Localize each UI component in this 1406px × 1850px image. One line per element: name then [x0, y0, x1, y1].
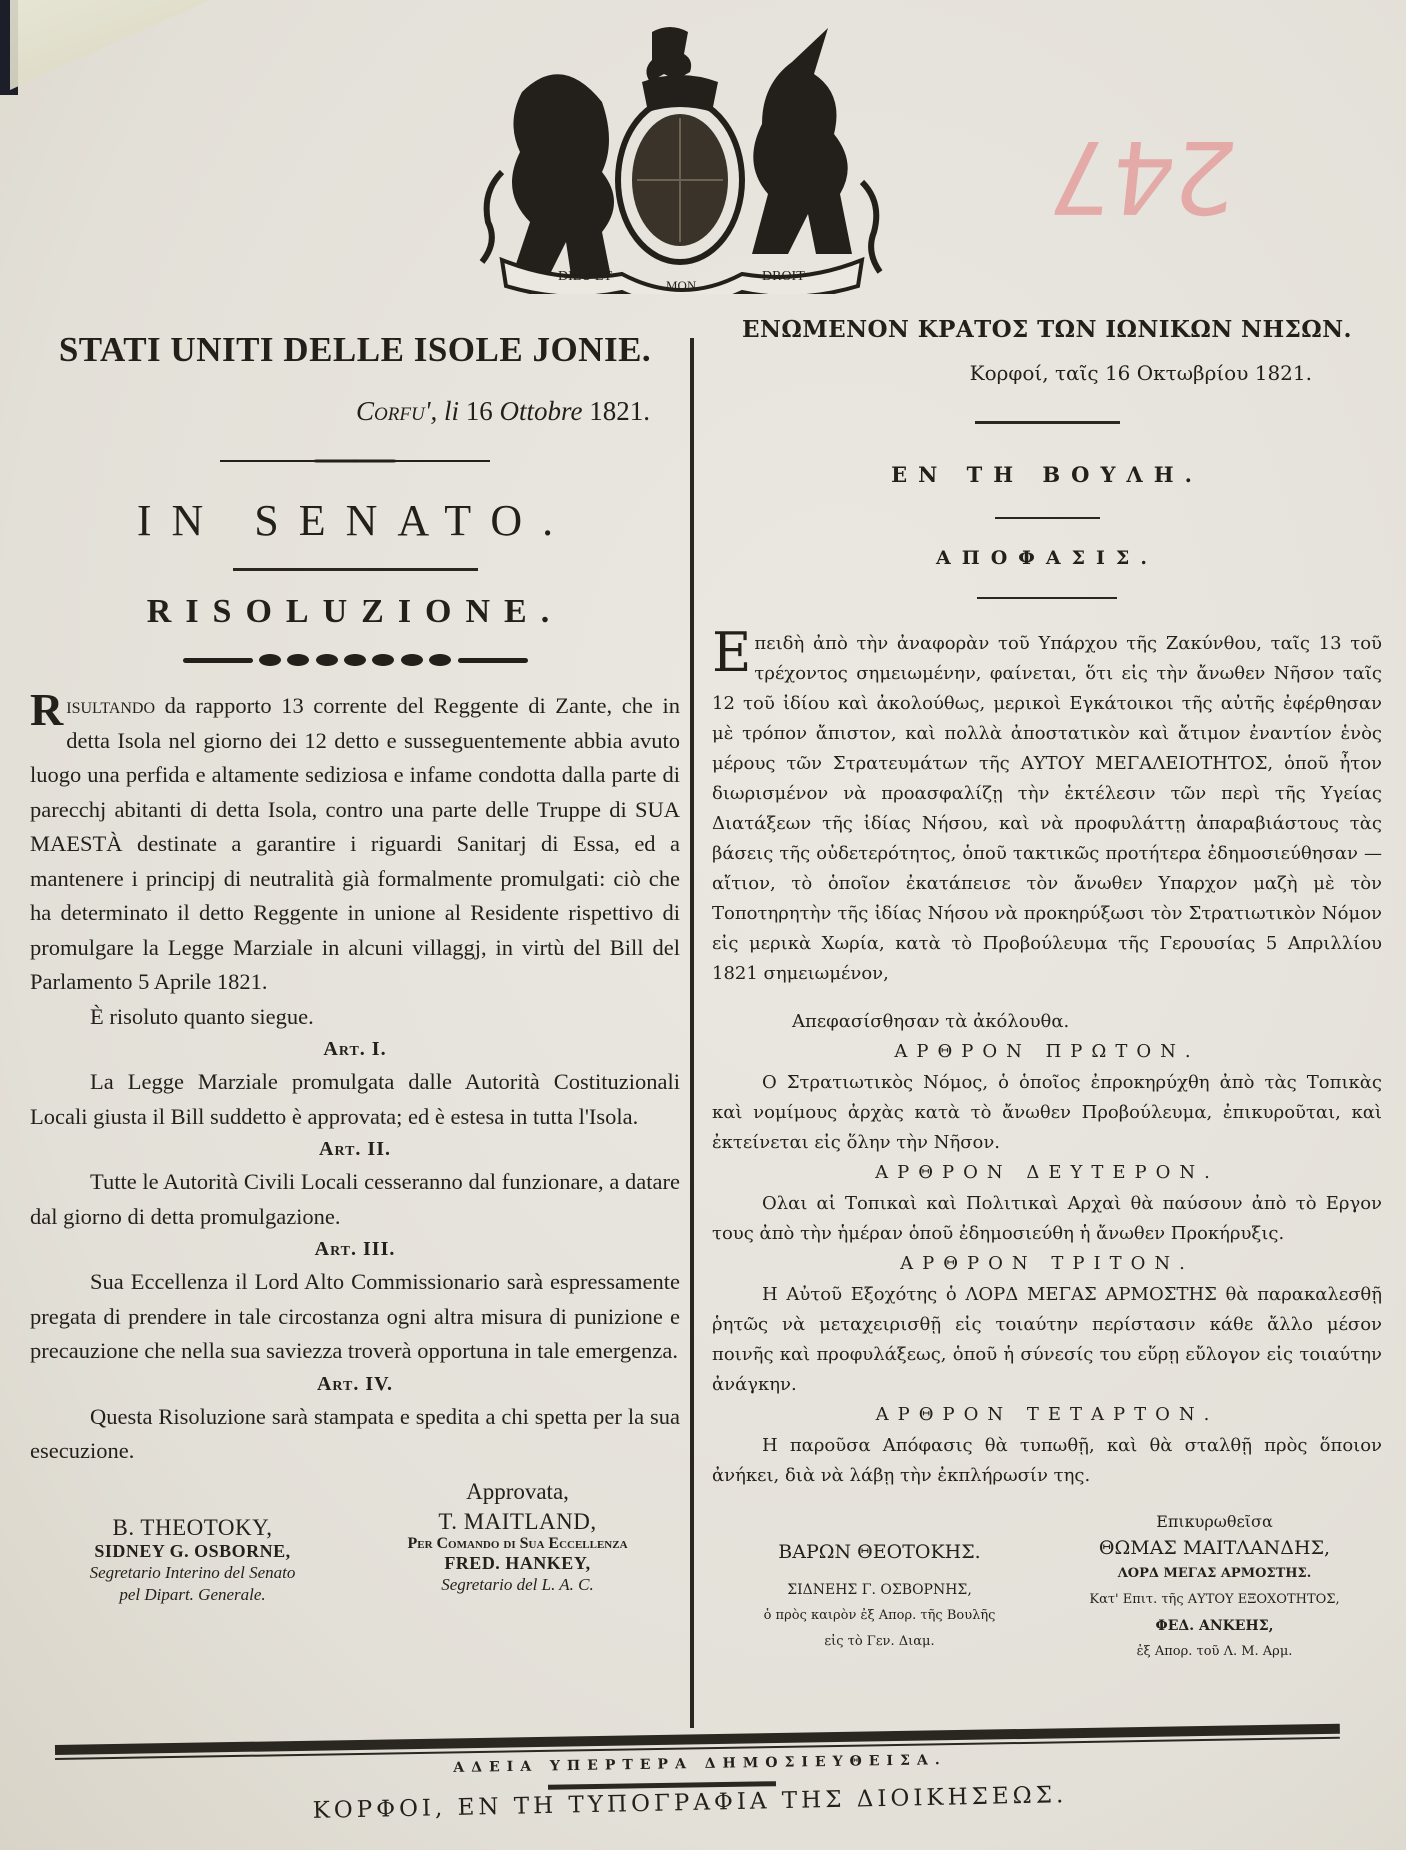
greek-preamble: Επειδὴ ἀπὸ τὴν ἀναφορὰν τοῦ Υπάρχου τῆς … — [712, 629, 1382, 989]
greek-heading: ΕΝ ΤΗ ΒΟΥΛΗ. — [712, 462, 1382, 487]
italian-signatures: B. THEOTOKY, SIDNEY G. OSBORNE, Segretar… — [30, 1473, 680, 1606]
italian-article-4-text: Questa Risoluzione sarà stampata e spedi… — [30, 1400, 680, 1469]
ornamental-divider — [220, 457, 490, 465]
italian-article-1-text: La Legge Marziale promulgata dalle Autor… — [30, 1065, 680, 1134]
italian-signature-commissioner: Approvata, T. MAITLAND, Per Comando di S… — [355, 1473, 680, 1606]
column-divider — [690, 338, 694, 1728]
divider — [233, 568, 478, 571]
royal-coat-of-arms-icon: DIEU ET MON DROIT — [462, 22, 902, 294]
italian-column: STATI UNITI DELLE ISOLE JONIE. Corfu', l… — [30, 330, 680, 1606]
greek-state-title: ΕΝΩΜΕΝΟΝ ΚΡΑΤΟΣ ΤΩΝ ΙΩΝΙΚΩΝ ΝΗΣΩΝ. — [712, 316, 1382, 343]
footer-printer-line: ΚΟΡΦΟΙ, ΕΝ ΤΗ ΤΥΠΟΓΡΑΦΙΑ ΤΗΣ ΔΙΟΙΚΗΣΕΩΣ. — [280, 1781, 1100, 1824]
divider — [977, 597, 1117, 599]
italian-article-1-heading: Art. I. — [30, 1038, 680, 1061]
drop-cap: R — [30, 695, 63, 725]
folded-paper-corner — [10, 0, 210, 90]
greek-article-1-heading: ΑΡΘΡΟΝ ΠΡΩΤΟΝ. — [712, 1041, 1382, 1062]
greek-article-4-text: Η παροῦσα Απόφασις θὰ τυπωθῇ, καὶ θὰ στα… — [712, 1431, 1382, 1491]
greek-article-2-heading: ΑΡΘΡΟΝ ΔΕΥΤΕΡΟΝ. — [712, 1162, 1382, 1183]
italian-date-line: Corfu', li 16 Ottobre 1821. — [30, 396, 650, 427]
svg-text:MON: MON — [666, 278, 697, 293]
archive-number-annotation: 247 — [1046, 118, 1243, 235]
greek-date-line: Κορφοί, ταῖς 16 Οκτωβρίου 1821. — [712, 361, 1312, 385]
greek-signature-commissioner: Επικυρωθεῖσα ΘΩΜΑΣ ΜΑΙΤΛΑΝΔΗΣ, ΛΟΡΔ ΜΕΓΑ… — [1047, 1509, 1382, 1665]
italian-article-4-heading: Art. IV. — [30, 1373, 680, 1396]
beaded-divider — [183, 653, 528, 667]
greek-article-1-text: Ο Στρατιωτικὸς Νόμος, ὁ ὁποῖος ἐπροκηρύχ… — [712, 1068, 1382, 1158]
document-page: DIEU ET MON DROIT 247 STATI UNITI DELLE … — [0, 0, 1406, 1850]
drop-cap: Ε — [712, 633, 751, 673]
greek-article-2-text: Ολαι αἱ Τοπικαὶ καὶ Πολιτικαὶ Αρχαὶ θὰ π… — [712, 1189, 1382, 1249]
italian-article-2-heading: Art. II. — [30, 1138, 680, 1161]
greek-article-4-heading: ΑΡΘΡΟΝ ΤΕΤΑΡΤΟΝ. — [712, 1404, 1382, 1425]
italian-article-2-text: Tutte le Autorità Civili Locali cesseran… — [30, 1165, 680, 1234]
greek-article-3-text: Η Αὐτοῦ Εξοχότης ὁ ΛΟΡΔ ΜΕΓΑΣ ΑΡΜΟΣΤΗΣ θ… — [712, 1280, 1382, 1400]
svg-text:DROIT: DROIT — [762, 269, 805, 284]
italian-resolved-line: È risoluto quanto siegue. — [30, 1000, 680, 1035]
greek-column: ΕΝΩΜΕΝΟΝ ΚΡΑΤΟΣ ΤΩΝ ΙΩΝΙΚΩΝ ΝΗΣΩΝ. Κορφο… — [712, 316, 1382, 1665]
italian-heading: IN SENATO. — [30, 495, 680, 546]
italian-article-3-heading: Art. III. — [30, 1238, 680, 1261]
italian-state-title: STATI UNITI DELLE ISOLE JONIE. — [30, 330, 680, 370]
greek-signature-council: ΒΑΡΩΝ ΘΕΟΤΟΚΗΣ. ΣΙΔΝΕΗΣ Γ. ΟΣΒΟΡΝΗΣ, ὁ π… — [712, 1509, 1047, 1665]
divider — [975, 421, 1120, 424]
motto-left: DIEU ET — [558, 269, 612, 284]
italian-signature-senate: B. THEOTOKY, SIDNEY G. OSBORNE, Segretar… — [30, 1473, 355, 1606]
greek-resolved-line: Απεφασίσθησαν τὰ ἀκόλουθα. — [712, 1007, 1382, 1037]
greek-signatures: ΒΑΡΩΝ ΘΕΟΤΟΚΗΣ. ΣΙΔΝΕΗΣ Γ. ΟΣΒΟΡΝΗΣ, ὁ π… — [712, 1509, 1382, 1665]
greek-subheading: ΑΠΟΦΑΣΙΣ. — [712, 547, 1382, 569]
footer-license-line: ΑΔΕΙΑ ΥΠΕΡΤΕΡΑ ΔΗΜΟΣΙΕΥΘΕΙΣΑ. — [400, 1751, 1000, 1776]
italian-article-3-text: Sua Eccellenza il Lord Alto Commissionar… — [30, 1265, 680, 1369]
divider — [995, 517, 1100, 519]
greek-article-3-heading: ΑΡΘΡΟΝ ΤΡΙΤΟΝ. — [712, 1253, 1382, 1274]
italian-preamble: Risultando da rapporto 13 corrente del R… — [30, 689, 680, 1000]
italian-subheading: RISOLUZIONE. — [30, 593, 680, 631]
